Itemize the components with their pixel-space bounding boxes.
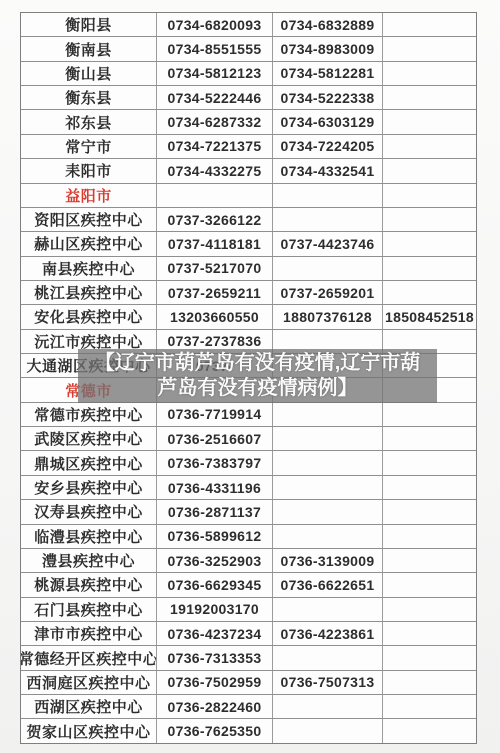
region-name-cell: 武陵区疾控中心 bbox=[21, 427, 157, 450]
phone-cell bbox=[383, 110, 476, 133]
region-name-cell: 澧县疾控中心 bbox=[21, 549, 157, 572]
table-row: 鼎城区疾控中心0736-7383797 bbox=[21, 451, 476, 475]
phone-cell bbox=[383, 86, 476, 109]
table-row: 赫山区疾控中心0737-41181810737-4423746 bbox=[21, 232, 476, 256]
phone-cell: 0736-3139009 bbox=[273, 549, 383, 572]
phone-cell bbox=[383, 622, 476, 645]
region-name-cell: 衡东县 bbox=[21, 86, 157, 109]
region-name-cell: 衡山县 bbox=[21, 62, 157, 85]
table-row: 澧县疾控中心0736-32529030736-3139009 bbox=[21, 549, 476, 573]
phone-cell: 0736-7502959 bbox=[157, 671, 273, 694]
phone-cell: 19192003170 bbox=[157, 598, 273, 621]
phone-cell bbox=[383, 451, 476, 474]
region-name-cell: 西洞庭区疾控中心 bbox=[21, 671, 157, 694]
phone-cell bbox=[273, 451, 383, 474]
phone-cell bbox=[383, 232, 476, 255]
phone-cell bbox=[157, 184, 273, 207]
region-name-cell: 鼎城区疾控中心 bbox=[21, 451, 157, 474]
phone-cell: 0736-7507313 bbox=[273, 671, 383, 694]
phone-cell bbox=[273, 427, 383, 450]
region-name-cell: 汉寿县疾控中心 bbox=[21, 500, 157, 523]
phone-cell: 0736-7383797 bbox=[157, 451, 273, 474]
phone-cell: 0737-2659211 bbox=[157, 281, 273, 304]
phone-cell: 0736-6622651 bbox=[273, 573, 383, 596]
phone-cell bbox=[383, 671, 476, 694]
caption-overlay: 【辽宁市葫芦岛有没有疫情,辽宁市葫 芦岛有没有疫情病例】 bbox=[78, 349, 437, 403]
phone-cell: 18807376128 bbox=[273, 305, 383, 328]
table-row: 武陵区疾控中心0736-2516607 bbox=[21, 427, 476, 451]
phone-cell bbox=[273, 184, 383, 207]
phone-cell: 0737-4118181 bbox=[157, 232, 273, 255]
phone-cell bbox=[383, 184, 476, 207]
table-row: 常宁市0734-72213750734-7224205 bbox=[21, 135, 476, 159]
table-row: 衡阳县0734-68200930734-6832889 bbox=[21, 13, 476, 37]
phone-cell bbox=[383, 135, 476, 158]
region-name-cell: 常德市疾控中心 bbox=[21, 403, 157, 426]
phone-cell: 0736-6629345 bbox=[157, 573, 273, 596]
phone-cell bbox=[383, 208, 476, 231]
phone-cell: 18508452518 bbox=[383, 305, 476, 328]
phone-cell: 0734-5222446 bbox=[157, 86, 273, 109]
phone-cell: 0736-7719914 bbox=[157, 403, 273, 426]
phone-cell: 0734-6820093 bbox=[157, 13, 273, 36]
phone-cell: 0734-6832889 bbox=[273, 13, 383, 36]
phone-cell bbox=[383, 719, 476, 742]
table-row: 耒阳市0734-43322750734-4332541 bbox=[21, 159, 476, 183]
phone-cell: 0736-2871137 bbox=[157, 500, 273, 523]
region-name-cell: 南县疾控中心 bbox=[21, 257, 157, 280]
phone-cell: 0734-6287332 bbox=[157, 110, 273, 133]
region-name-cell: 衡南县 bbox=[21, 37, 157, 60]
phone-cell bbox=[273, 525, 383, 548]
region-name-cell: 贺家山区疾控中心 bbox=[21, 719, 157, 742]
phone-cell bbox=[383, 500, 476, 523]
table-row: 津市市疾控中心0736-42372340736-4223861 bbox=[21, 622, 476, 646]
table-row: 桃江县疾控中心0737-26592110737-2659201 bbox=[21, 281, 476, 305]
phone-cell: 0737-4423746 bbox=[273, 232, 383, 255]
phone-cell bbox=[383, 573, 476, 596]
phone-cell: 0736-2822460 bbox=[157, 695, 273, 718]
phone-cell: 0736-5899612 bbox=[157, 525, 273, 548]
phone-cell: 0734-7224205 bbox=[273, 135, 383, 158]
phone-cell: 0734-5812123 bbox=[157, 62, 273, 85]
phone-cell bbox=[273, 257, 383, 280]
region-name-cell: 安化县疾控中心 bbox=[21, 305, 157, 328]
phone-cell bbox=[273, 695, 383, 718]
phone-cell: 0736-7625350 bbox=[157, 719, 273, 742]
region-name-cell: 桃江县疾控中心 bbox=[21, 281, 157, 304]
region-name-cell: 赫山区疾控中心 bbox=[21, 232, 157, 255]
phone-cell: 0737-2659201 bbox=[273, 281, 383, 304]
phone-cell: 0736-4237234 bbox=[157, 622, 273, 645]
table-row: 桃源县疾控中心0736-66293450736-6622651 bbox=[21, 573, 476, 597]
phone-cell bbox=[383, 37, 476, 60]
phone-cell: 13203660550 bbox=[157, 305, 273, 328]
phone-cell bbox=[383, 598, 476, 621]
table-row: 石门县疾控中心19192003170 bbox=[21, 598, 476, 622]
table-row: 西湖区疾控中心0736-2822460 bbox=[21, 695, 476, 719]
city-header-row: 益阳市 bbox=[21, 184, 476, 208]
phone-cell: 0734-4332275 bbox=[157, 159, 273, 182]
phone-cell: 0734-4332541 bbox=[273, 159, 383, 182]
phone-cell: 0734-7221375 bbox=[157, 135, 273, 158]
table-row: 衡山县0734-58121230734-5812281 bbox=[21, 62, 476, 86]
phone-cell: 0736-3252903 bbox=[157, 549, 273, 572]
region-name-cell: 衡阳县 bbox=[21, 13, 157, 36]
table-row: 临澧县疾控中心0736-5899612 bbox=[21, 525, 476, 549]
region-name-cell: 耒阳市 bbox=[21, 159, 157, 182]
phone-cell bbox=[383, 62, 476, 85]
phone-cell: 0736-4331196 bbox=[157, 476, 273, 499]
phone-cell: 0734-8983009 bbox=[273, 37, 383, 60]
table-row: 常德市疾控中心0736-7719914 bbox=[21, 403, 476, 427]
phone-cell bbox=[383, 257, 476, 280]
phone-cell bbox=[383, 525, 476, 548]
region-name-cell: 资阳区疾控中心 bbox=[21, 208, 157, 231]
phone-cell: 0734-5812281 bbox=[273, 62, 383, 85]
caption-line-1: 【辽宁市葫芦岛有没有疫情,辽宁市葫 bbox=[95, 351, 421, 376]
phone-cell bbox=[383, 13, 476, 36]
phone-cell bbox=[383, 549, 476, 572]
region-name-cell: 石门县疾控中心 bbox=[21, 598, 157, 621]
region-name-cell: 临澧县疾控中心 bbox=[21, 525, 157, 548]
phone-cell bbox=[383, 403, 476, 426]
table-row: 祁东县0734-62873320734-6303129 bbox=[21, 110, 476, 134]
table-row: 衡南县0734-85515550734-8983009 bbox=[21, 37, 476, 61]
region-name-cell: 津市市疾控中心 bbox=[21, 622, 157, 645]
phone-cell bbox=[383, 476, 476, 499]
table-row: 资阳区疾控中心0737-3266122 bbox=[21, 208, 476, 232]
phone-cell bbox=[383, 159, 476, 182]
phone-cell bbox=[273, 476, 383, 499]
phone-cell bbox=[383, 281, 476, 304]
region-name-cell: 西湖区疾控中心 bbox=[21, 695, 157, 718]
table-row: 安乡县疾控中心0736-4331196 bbox=[21, 476, 476, 500]
phone-cell: 0736-4223861 bbox=[273, 622, 383, 645]
caption-line-2: 芦岛有没有疫情病例】 bbox=[158, 376, 358, 401]
region-name-cell: 安乡县疾控中心 bbox=[21, 476, 157, 499]
phone-cell: 0734-8551555 bbox=[157, 37, 273, 60]
region-name-cell: 常宁市 bbox=[21, 135, 157, 158]
table-row: 安化县疾控中心132036605501880737612818508452518 bbox=[21, 305, 476, 329]
phone-cell bbox=[273, 719, 383, 742]
table-row: 常德经开区疾控中心0736-7313353 bbox=[21, 646, 476, 670]
phone-cell bbox=[273, 208, 383, 231]
phone-cell: 0734-5222338 bbox=[273, 86, 383, 109]
table-row: 汉寿县疾控中心0736-2871137 bbox=[21, 500, 476, 524]
phone-cell bbox=[273, 646, 383, 669]
table-row: 西洞庭区疾控中心0736-75029590736-7507313 bbox=[21, 671, 476, 695]
phone-cell: 0736-7313353 bbox=[157, 646, 273, 669]
region-name-cell: 常德经开区疾控中心 bbox=[21, 646, 157, 669]
phone-cell bbox=[383, 646, 476, 669]
region-name-cell: 桃源县疾控中心 bbox=[21, 573, 157, 596]
region-name-cell: 祁东县 bbox=[21, 110, 157, 133]
phone-cell bbox=[273, 500, 383, 523]
phone-cell bbox=[273, 598, 383, 621]
phone-cell: 0737-3266122 bbox=[157, 208, 273, 231]
table-row: 贺家山区疾控中心0736-7625350 bbox=[21, 719, 476, 742]
phone-cell: 0734-6303129 bbox=[273, 110, 383, 133]
phone-cell bbox=[383, 427, 476, 450]
table-row: 衡东县0734-52224460734-5222338 bbox=[21, 86, 476, 110]
phone-cell bbox=[383, 695, 476, 718]
phone-cell: 0737-5217070 bbox=[157, 257, 273, 280]
page: 衡阳县0734-68200930734-6832889衡南县0734-85515… bbox=[0, 0, 500, 753]
phone-cell: 0736-2516607 bbox=[157, 427, 273, 450]
table-row: 南县疾控中心0737-5217070 bbox=[21, 257, 476, 281]
region-name-cell: 益阳市 bbox=[21, 184, 157, 207]
phone-cell bbox=[273, 403, 383, 426]
